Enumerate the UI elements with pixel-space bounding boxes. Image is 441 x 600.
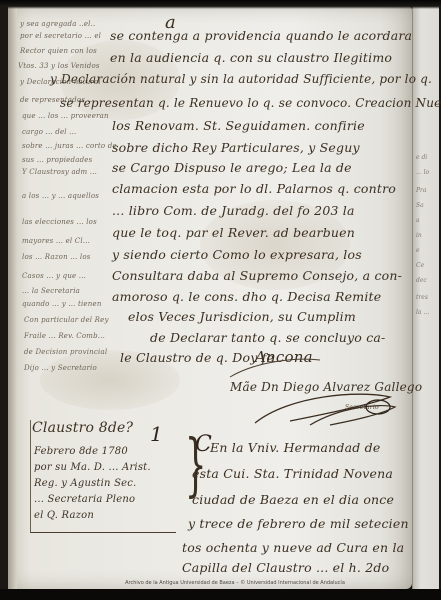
- body-line: se contenga a providencia quando le acor…: [110, 28, 412, 43]
- box-note-line: Febrero 8de 1780: [34, 446, 128, 457]
- signature-rubric-flourish: [250, 385, 400, 430]
- ghost-text: in: [416, 232, 422, 239]
- box-note-line: el Q. Razon: [34, 510, 94, 521]
- margin-note: mayores ... el Cl...: [22, 237, 90, 245]
- body-line: los Renovam. St. Seguidamen. confirie: [112, 118, 365, 133]
- ghost-text: ... lo: [416, 169, 429, 176]
- page-binding-edge: [8, 6, 17, 589]
- body-line: se representan q. le Renuevo lo q. se co…: [60, 96, 441, 110]
- ghost-text: Ce: [416, 262, 424, 269]
- margin-note: sobre ... juras ... corto de: [22, 142, 117, 150]
- body-line: de Declarar tanto q. se concluyo ca-: [150, 330, 385, 345]
- margin-note: ... la Secretaria: [22, 287, 80, 295]
- ghost-text: dec: [416, 277, 427, 284]
- ghost-text: e: [416, 247, 420, 254]
- margin-note: Y Claustrosy adm ...: [22, 168, 97, 176]
- body-line: ... libro Com. de Juradg. del fo 203 la: [112, 203, 355, 218]
- body-line: clamacion esta por lo dl. Palarnos q. co…: [112, 181, 396, 196]
- margin-note: y sea agregada ..el..: [20, 20, 95, 28]
- closing-line: tos ochenta y nueve ad Cura en la: [182, 540, 404, 555]
- margin-note: de Decision provincial: [24, 348, 107, 356]
- margin-note: Con particular del Rey: [24, 316, 109, 324]
- margin-note: cargo ... del ...: [22, 128, 76, 136]
- ghost-text: Pra: [416, 187, 426, 194]
- ghost-text: e di: [416, 154, 427, 161]
- box-note-line: ... Secretaria Pleno: [34, 494, 135, 505]
- closing-line: Capilla del Claustro ... el h. 2do: [182, 560, 389, 575]
- closing-line: esta Cui. Sta. Trinidad Novena: [192, 466, 393, 481]
- box-note-line: por su Ma. D. ... Arist.: [34, 462, 151, 473]
- margin-note: que ... los ... proveeran: [22, 112, 109, 120]
- ghost-text: Sa: [416, 202, 424, 209]
- margin-note: sus ... propiedades: [22, 156, 92, 164]
- body-line: y siendo cierto Como lo expresara, los: [112, 247, 362, 262]
- body-line: Consultara daba al Supremo Consejo, a co…: [112, 268, 402, 283]
- margin-note: Rector quien con los: [20, 47, 97, 55]
- ghost-text: a: [416, 217, 420, 224]
- body-line: y Declaración natural y sin la autoridad…: [50, 72, 432, 86]
- margin-note: a los ... y ... aquellos: [22, 192, 99, 200]
- margin-note: Vtos. 33 y los Venidos: [18, 62, 100, 70]
- ghost-text: la ...: [416, 309, 429, 316]
- body-line: amoroso q. le cons. dho q. Decisa Remite: [112, 289, 381, 304]
- adjacent-page-edge: e di ... lo Pra Sa a in e Ce dec tres la…: [412, 4, 439, 592]
- scan-top-shadow: [0, 0, 441, 9]
- signature-underline-flourish: [225, 352, 325, 382]
- scan-bottom-shadow: [0, 589, 441, 600]
- margin-note: quando ... y ... tienen: [22, 300, 102, 308]
- margin-note: por el secretario ... el: [20, 32, 101, 40]
- closing-line: ciudad de Baeza en el dia once: [192, 492, 394, 507]
- box-number: 1: [150, 422, 163, 446]
- margin-note: Dijo ... y Secretario: [24, 364, 97, 372]
- margin-note: Fraile ... Rev. Comb...: [24, 332, 105, 340]
- box-note-line: Reg. y Agustin Sec.: [34, 478, 136, 489]
- body-line: se Cargo Dispuso le arego; Lea la de: [112, 160, 352, 175]
- body-line: elos Veces Jurisdicion, su Cumplim: [128, 309, 356, 324]
- body-line: sobre dicho Rey Particulares, y Seguy: [112, 140, 360, 155]
- margin-note: los ... Razon ... los: [22, 253, 91, 261]
- body-line: en la audiencia q. con su claustro Ilegi…: [110, 50, 392, 65]
- box-note-line: Claustro 8de?: [32, 420, 133, 436]
- closing-line: y trece de febrero de mil setecien: [188, 516, 409, 531]
- body-line: que le toq. par el Rever. ad bearbuen: [112, 225, 355, 240]
- margin-note: Casos ... y que ...: [22, 272, 86, 280]
- archive-attribution: Archivo de la Antigua Universidad de Bae…: [115, 580, 355, 586]
- ghost-text: tres: [416, 294, 428, 301]
- closing-line: En la Vniv. Hermandad de: [210, 440, 380, 455]
- margin-note: las elecciones ... los: [22, 218, 97, 226]
